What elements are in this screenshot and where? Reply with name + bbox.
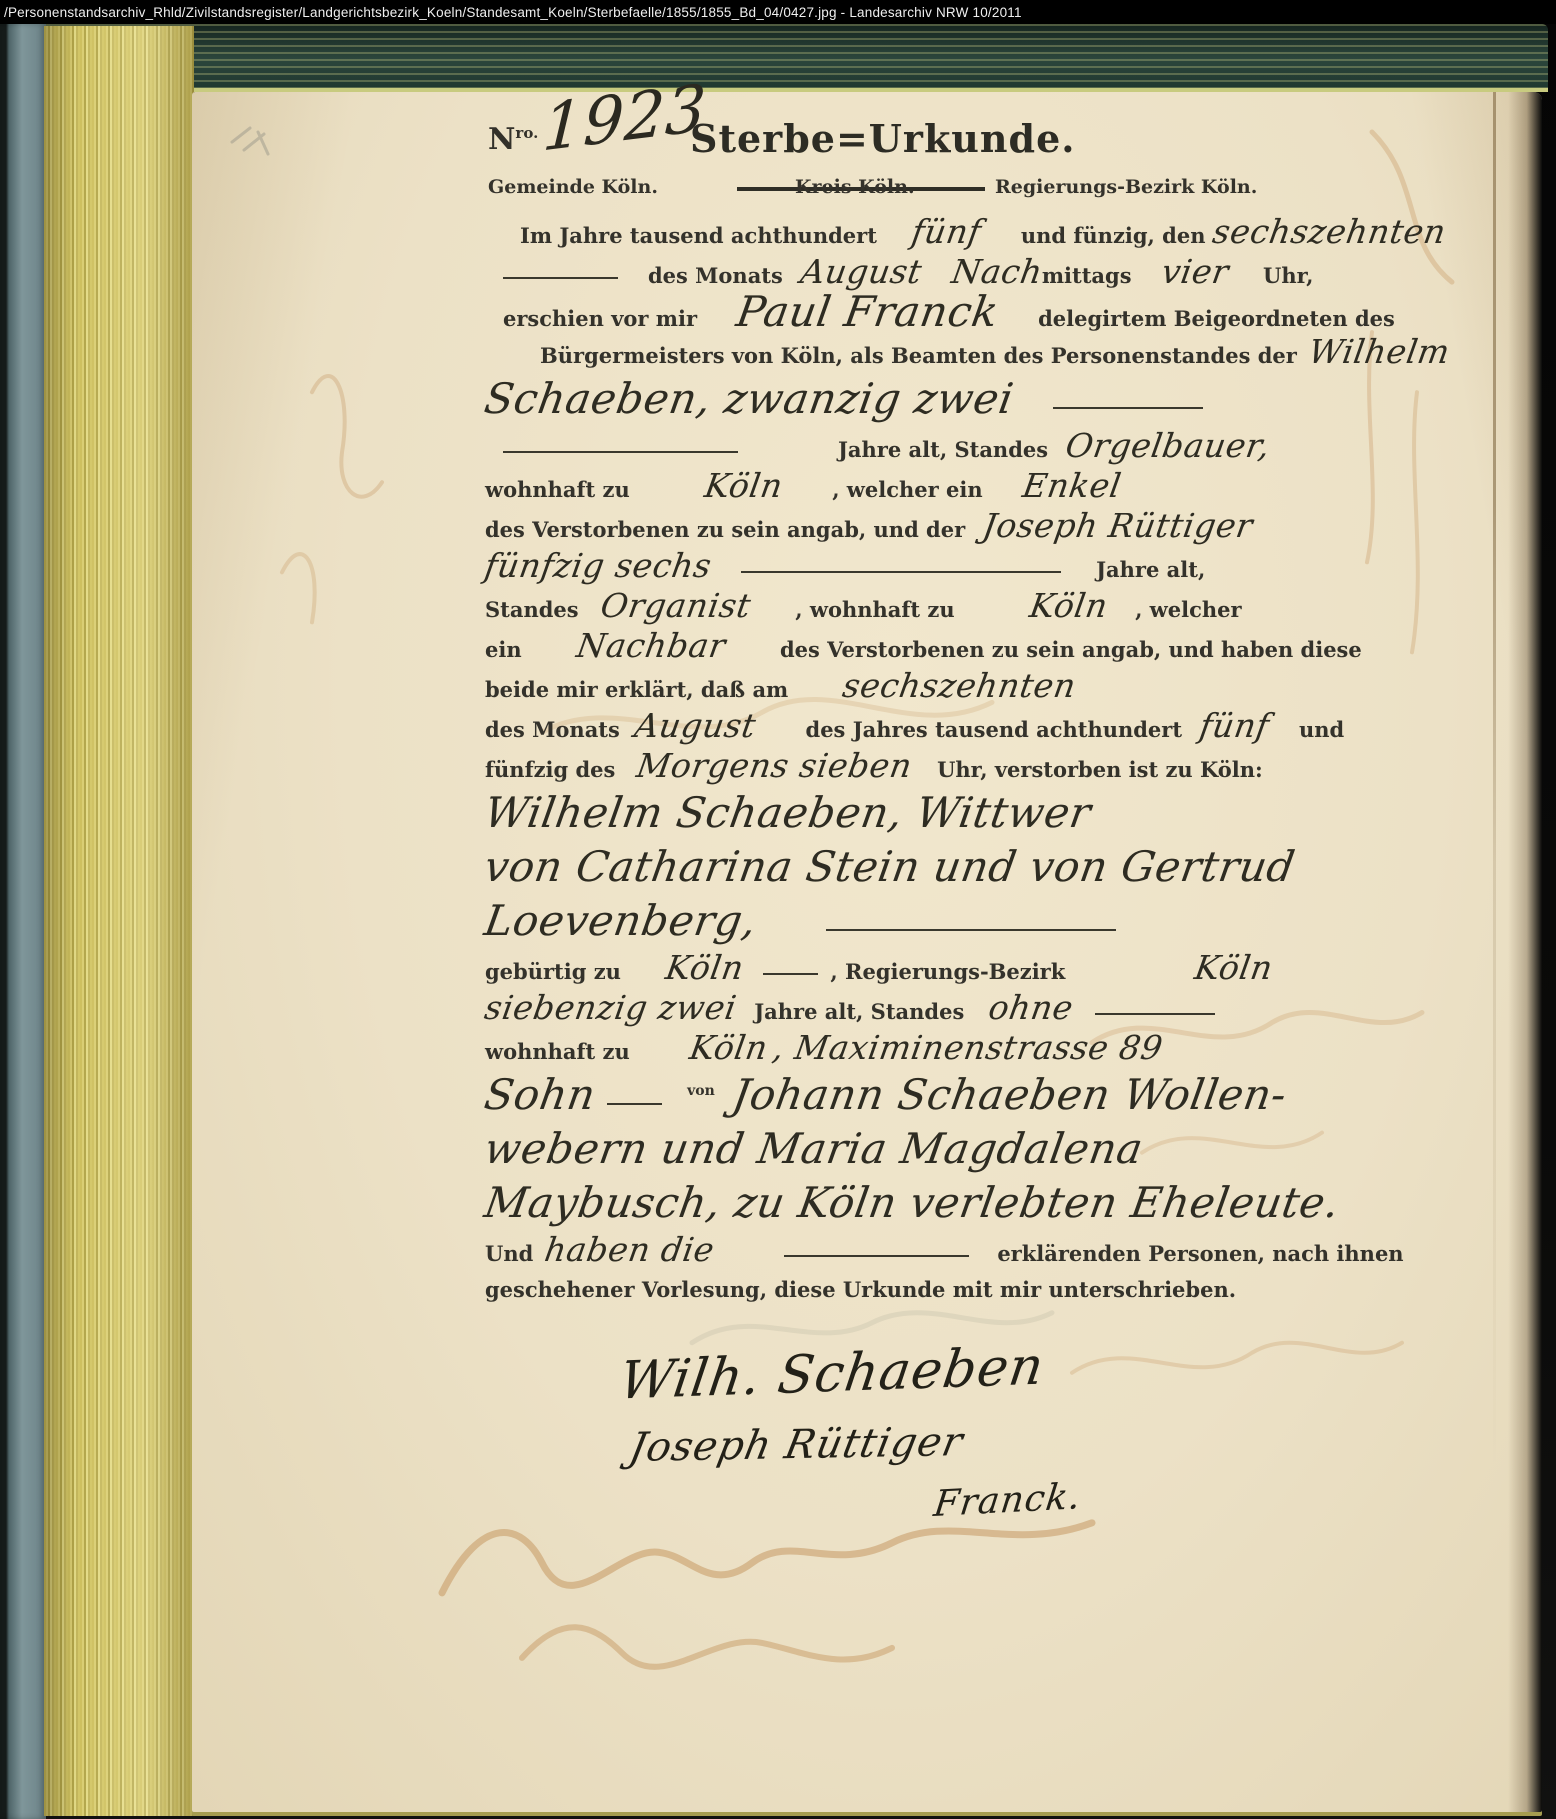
- form-line: geschehener Vorlesung, diese Urkunde mit…: [485, 1270, 1295, 1310]
- printed-text: gebürtig zu: [485, 959, 621, 984]
- printed-text: fünfzig des: [485, 757, 615, 782]
- handwritten-entry: Köln: [702, 466, 786, 506]
- printed-text: Jahre alt,: [1096, 557, 1205, 582]
- handwritten-entry: von Catharina Stein und von Gertrud: [481, 840, 1299, 894]
- ink-dash: [826, 929, 1116, 931]
- signature-registrar: Franck.: [932, 1476, 1084, 1525]
- printed-text: von: [687, 1083, 715, 1099]
- printed-text: , welcher: [1135, 597, 1242, 622]
- printed-text: des Verstorbenen zu sein angab, und der: [485, 517, 965, 542]
- printed-text: delegirtem Beigeordneten des: [1038, 306, 1395, 331]
- handwritten-entry: Paul Franck: [734, 292, 1001, 332]
- printed-text: Jahre alt, Standes: [838, 437, 1048, 462]
- handwritten-entry: , Maximinenstrasse 89: [770, 1028, 1166, 1068]
- page-gutter-shadow: [1508, 92, 1542, 1812]
- certificate-body: Im Jahre tausend achthundertfünfund fünz…: [485, 212, 1295, 1310]
- printed-text: des Verstorbenen zu sein angab, und habe…: [780, 637, 1362, 662]
- handwritten-entry: Nach: [948, 252, 1045, 292]
- ink-dash: [763, 973, 818, 975]
- book-cover-left: [0, 24, 46, 1819]
- ink-dash: [784, 1255, 969, 1257]
- form-line: Maybusch, zu Köln verlebten Eheleute.: [485, 1176, 1295, 1230]
- certificate-number-label: Nro.: [488, 122, 538, 157]
- form-line: einNachbardes Verstorbenen zu sein angab…: [485, 626, 1295, 666]
- printed-text: des Monats: [648, 263, 783, 288]
- form-line: SohnvonJohann Schaeben Wollen-: [485, 1068, 1295, 1122]
- handwritten-entry: Köln: [687, 1028, 771, 1068]
- form-line: beide mir erklärt, daß amsechszehnten: [485, 666, 1295, 706]
- form-line: Bürgermeisters von Köln, als Beamten des…: [540, 332, 1295, 372]
- handwritten-entry: August: [798, 252, 925, 292]
- page-crease: [1493, 92, 1496, 1812]
- handwritten-entry: fünfzig sechs: [482, 546, 714, 586]
- handwritten-entry: Morgens sieben: [634, 746, 915, 786]
- printed-text: des Jahres tausend achthundert: [806, 717, 1183, 742]
- printed-text: des Monats: [485, 717, 620, 742]
- handwritten-entry: Loevenberg,: [481, 894, 761, 948]
- form-line: von Catharina Stein und von Gertrud: [485, 840, 1295, 894]
- handwritten-entry: sechszehnten: [1210, 212, 1449, 252]
- printed-text: und: [1299, 717, 1344, 742]
- handwritten-entry: haben die: [542, 1230, 717, 1270]
- handwritten-entry: Wilhelm Schaeben, Wittwer: [481, 786, 1095, 840]
- ink-dash: [503, 451, 738, 453]
- printed-text: wohnhaft zu: [485, 477, 630, 502]
- handwritten-entry: Joseph Rüttiger: [980, 506, 1256, 546]
- window-title: /Personenstandsarchiv_Rhld/Zivilstandsre…: [0, 5, 1022, 20]
- ink-dash: [741, 571, 1061, 573]
- handwritten-entry: Köln: [663, 948, 747, 988]
- printed-text: beide mir erklärt, daß am: [485, 677, 788, 702]
- printed-text: , wohnhaft zu: [795, 597, 954, 622]
- ink-dash: [607, 1103, 662, 1105]
- form-line: fünfzig sechsJahre alt,: [485, 546, 1295, 586]
- printed-text: ein: [485, 637, 522, 662]
- handwritten-entry: sechszehnten: [840, 666, 1079, 706]
- ink-dash: [1053, 407, 1203, 409]
- handwritten-entry: August: [632, 706, 759, 746]
- printed-text: Standes: [485, 597, 579, 622]
- nro-label-main: N: [488, 122, 515, 157]
- signature-declarant-2: Joseph Rüttiger: [626, 1419, 968, 1471]
- handwritten-entry: Köln: [1192, 948, 1276, 988]
- handwritten-entry: Organist: [597, 586, 753, 626]
- handwritten-entry: ohne: [986, 988, 1076, 1028]
- form-line: Loevenberg,: [485, 894, 1295, 948]
- form-line: Jahre alt, StandesOrgelbauer,: [503, 426, 1295, 466]
- form-line: erschien vor mirPaul Franckdelegirtem Be…: [503, 292, 1295, 332]
- form-line: des MonatsAugustdes Jahres tausend achth…: [485, 706, 1295, 746]
- printed-text: Im Jahre tausend achthundert: [520, 223, 877, 248]
- window-titlebar: /Personenstandsarchiv_Rhld/Zivilstandsre…: [0, 0, 1556, 24]
- printed-text: Jahre alt, Standes: [754, 999, 964, 1024]
- form-line: fünfzig desMorgens siebenUhr, verstorben…: [485, 746, 1295, 786]
- handwritten-entry: Sohn: [481, 1068, 600, 1122]
- document-page: Nro. 1923 Sterbe=Urkunde. Gemeinde Köln.…: [192, 92, 1542, 1812]
- page-stack-edge: [44, 26, 194, 1816]
- book-photo: Nro. 1923 Sterbe=Urkunde. Gemeinde Köln.…: [0, 24, 1556, 1819]
- handwritten-entry: Köln: [1026, 586, 1110, 626]
- printed-text: erschien vor mir: [503, 306, 697, 331]
- printed-text: wohnhaft zu: [485, 1039, 630, 1064]
- handwritten-entry: Wilhelm: [1306, 332, 1453, 372]
- printed-text: erklärenden Personen, nach ihnen: [997, 1241, 1403, 1266]
- form-line: webern und Maria Magdalena: [485, 1122, 1295, 1176]
- column-bezirk: Regierungs-Bezirk Köln.: [995, 176, 1257, 198]
- nro-label-sup: ro.: [515, 124, 538, 142]
- printed-text: Bürgermeisters von Köln, als Beamten des…: [540, 343, 1297, 368]
- column-kreis: Kreis Köln.: [795, 176, 915, 198]
- printed-text: , welcher ein: [832, 477, 982, 502]
- handwritten-entry: Schaeben, zwanzig zwei: [481, 372, 1018, 426]
- handwritten-entry: Maybusch, zu Köln verlebten Eheleute.: [481, 1176, 1343, 1230]
- printed-text: Uhr, verstorben ist zu Köln:: [937, 757, 1263, 782]
- handwritten-entry: Orgelbauer,: [1063, 426, 1273, 466]
- printed-text: , Regierungs-Bezirk: [830, 959, 1065, 984]
- handwritten-entry: Johann Schaeben Wollen-: [729, 1068, 1291, 1122]
- signature-declarant-1: Wilh. Schaeben: [616, 1336, 1048, 1411]
- form-line: StandesOrganist, wohnhaft zuKöln, welche…: [485, 586, 1295, 626]
- handwritten-entry: fünf: [1197, 706, 1272, 746]
- form-line: Schaeben, zwanzig zwei: [485, 372, 1295, 426]
- printed-text: mittags: [1042, 263, 1132, 288]
- screen: /Personenstandsarchiv_Rhld/Zivilstandsre…: [0, 0, 1556, 1819]
- handwritten-entry: siebenzig zwei: [482, 988, 740, 1028]
- printed-text: geschehener Vorlesung, diese Urkunde mit…: [485, 1277, 1236, 1302]
- column-gemeinde: Gemeinde Köln.: [488, 176, 658, 198]
- form-line: Undhaben dieerklärenden Personen, nach i…: [485, 1230, 1295, 1270]
- handwritten-entry: vier: [1158, 252, 1231, 292]
- form-line: Wilhelm Schaeben, Wittwer: [485, 786, 1295, 840]
- printed-text: und fünzig, den: [1021, 223, 1206, 248]
- printed-text: Und: [485, 1241, 533, 1266]
- form-line: gebürtig zuKöln, Regierungs-BezirkKöln: [485, 948, 1295, 988]
- handwritten-entry: fünf: [909, 212, 984, 252]
- handwritten-entry: webern und Maria Magdalena: [481, 1122, 1147, 1176]
- ink-dash: [1095, 1013, 1215, 1015]
- form-line: wohnhaft zuKöln, welcher einEnkel: [485, 466, 1295, 506]
- handwritten-entry: Nachbar: [573, 626, 728, 666]
- printed-text: Uhr,: [1263, 263, 1313, 288]
- form-line: des Verstorbenen zu sein angab, und derJ…: [485, 506, 1295, 546]
- form-line: Im Jahre tausend achthundertfünfund fünz…: [520, 212, 1295, 252]
- ink-dash: [503, 277, 618, 279]
- certificate-title: Sterbe=Urkunde.: [690, 116, 1030, 161]
- form-line: wohnhaft zuKöln, Maximinenstrasse 89: [485, 1028, 1295, 1068]
- form-line: des MonatsAugustNachmittagsvierUhr,: [485, 252, 1295, 292]
- book-top-edge: [36, 24, 1548, 92]
- handwritten-entry: Enkel: [1019, 466, 1123, 506]
- form-line: siebenzig zweiJahre alt, Standesohne: [485, 988, 1295, 1028]
